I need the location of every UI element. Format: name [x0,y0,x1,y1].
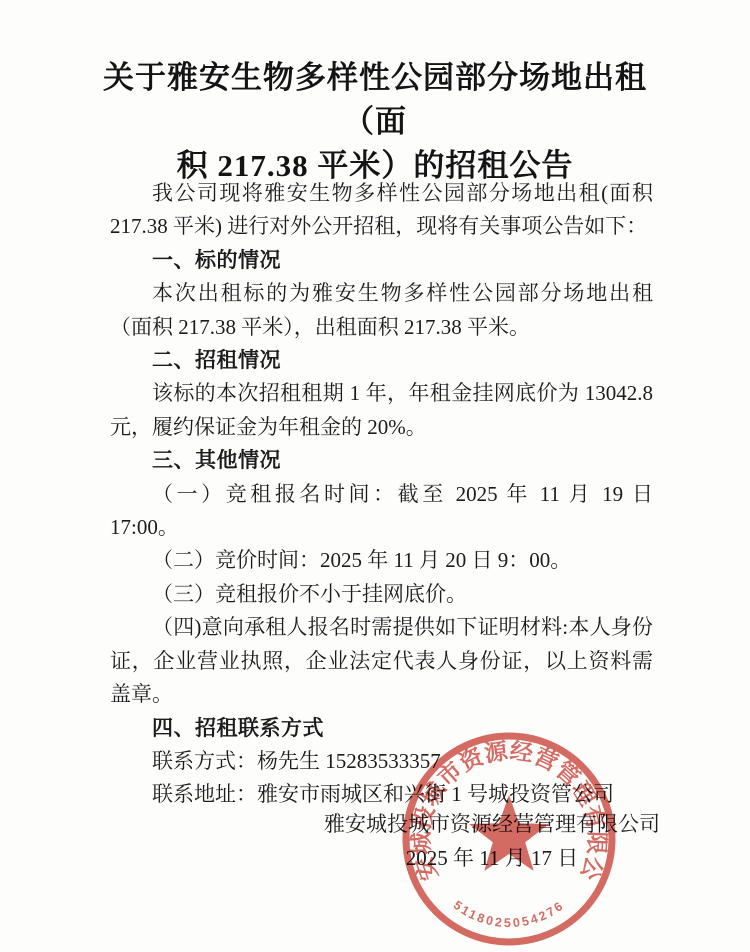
paragraph-contact-phone: 联系方式：杨先生 15283533357 [110,745,653,778]
paragraph-subject: 本次出租标的为雅安生物多样性公园部分场地出租（面积 217.38 平米），出租面… [110,277,653,344]
signature-date: 2025 年 11 月 17 日 [318,841,666,875]
paragraph-intro: 我公司现将雅安生物多样性公园部分场地出租(面积 217.38 平米) 进行对外公… [110,177,653,244]
page-title: 关于雅安生物多样性公园部分场地出租（面 积 217.38 平米）的招租公告 [75,56,675,188]
section-heading-4: 四、招租联系方式 [110,712,653,745]
paragraph-item-3: （三）竞租报价不小于挂网底价。 [110,578,653,611]
signature-block: 雅安城投城市资源经营管理有限公司 2025 年 11 月 17 日 [318,807,666,875]
document-body: 我公司现将雅安生物多样性公园部分场地出租(面积 217.38 平米) 进行对外公… [110,177,653,812]
paragraph-item-1: （一）竞租报名时间：截至 2025 年 11 月 19 日 17:00。 [110,478,653,545]
svg-text:5118025054276: 5118025054276 [451,898,568,930]
seal-number: 5118025054276 [451,898,568,930]
signature-company: 雅安城投城市资源经营管理有限公司 [318,807,666,841]
section-heading-1: 一、标的情况 [110,244,653,277]
paragraph-lease-terms: 该标的本次招租租期 1 年，年租金挂网底价为 13042.8 元，履约保证金为年… [110,377,653,444]
paragraph-item-4: （四)意向承租人报名时需提供如下证明材料:本人身份证，企业营业执照，企业法定代表… [110,611,653,711]
section-heading-2: 二、招租情况 [110,344,653,377]
paragraph-item-2: （二）竞价时间：2025 年 11 月 20 日 9：00。 [110,544,653,577]
page-title-line1: 关于雅安生物多样性公园部分场地出租（面 [75,56,675,144]
section-heading-3: 三、其他情况 [110,444,653,477]
document-page: 关于雅安生物多样性公园部分场地出租（面 积 217.38 平米）的招租公告 我公… [0,0,750,952]
